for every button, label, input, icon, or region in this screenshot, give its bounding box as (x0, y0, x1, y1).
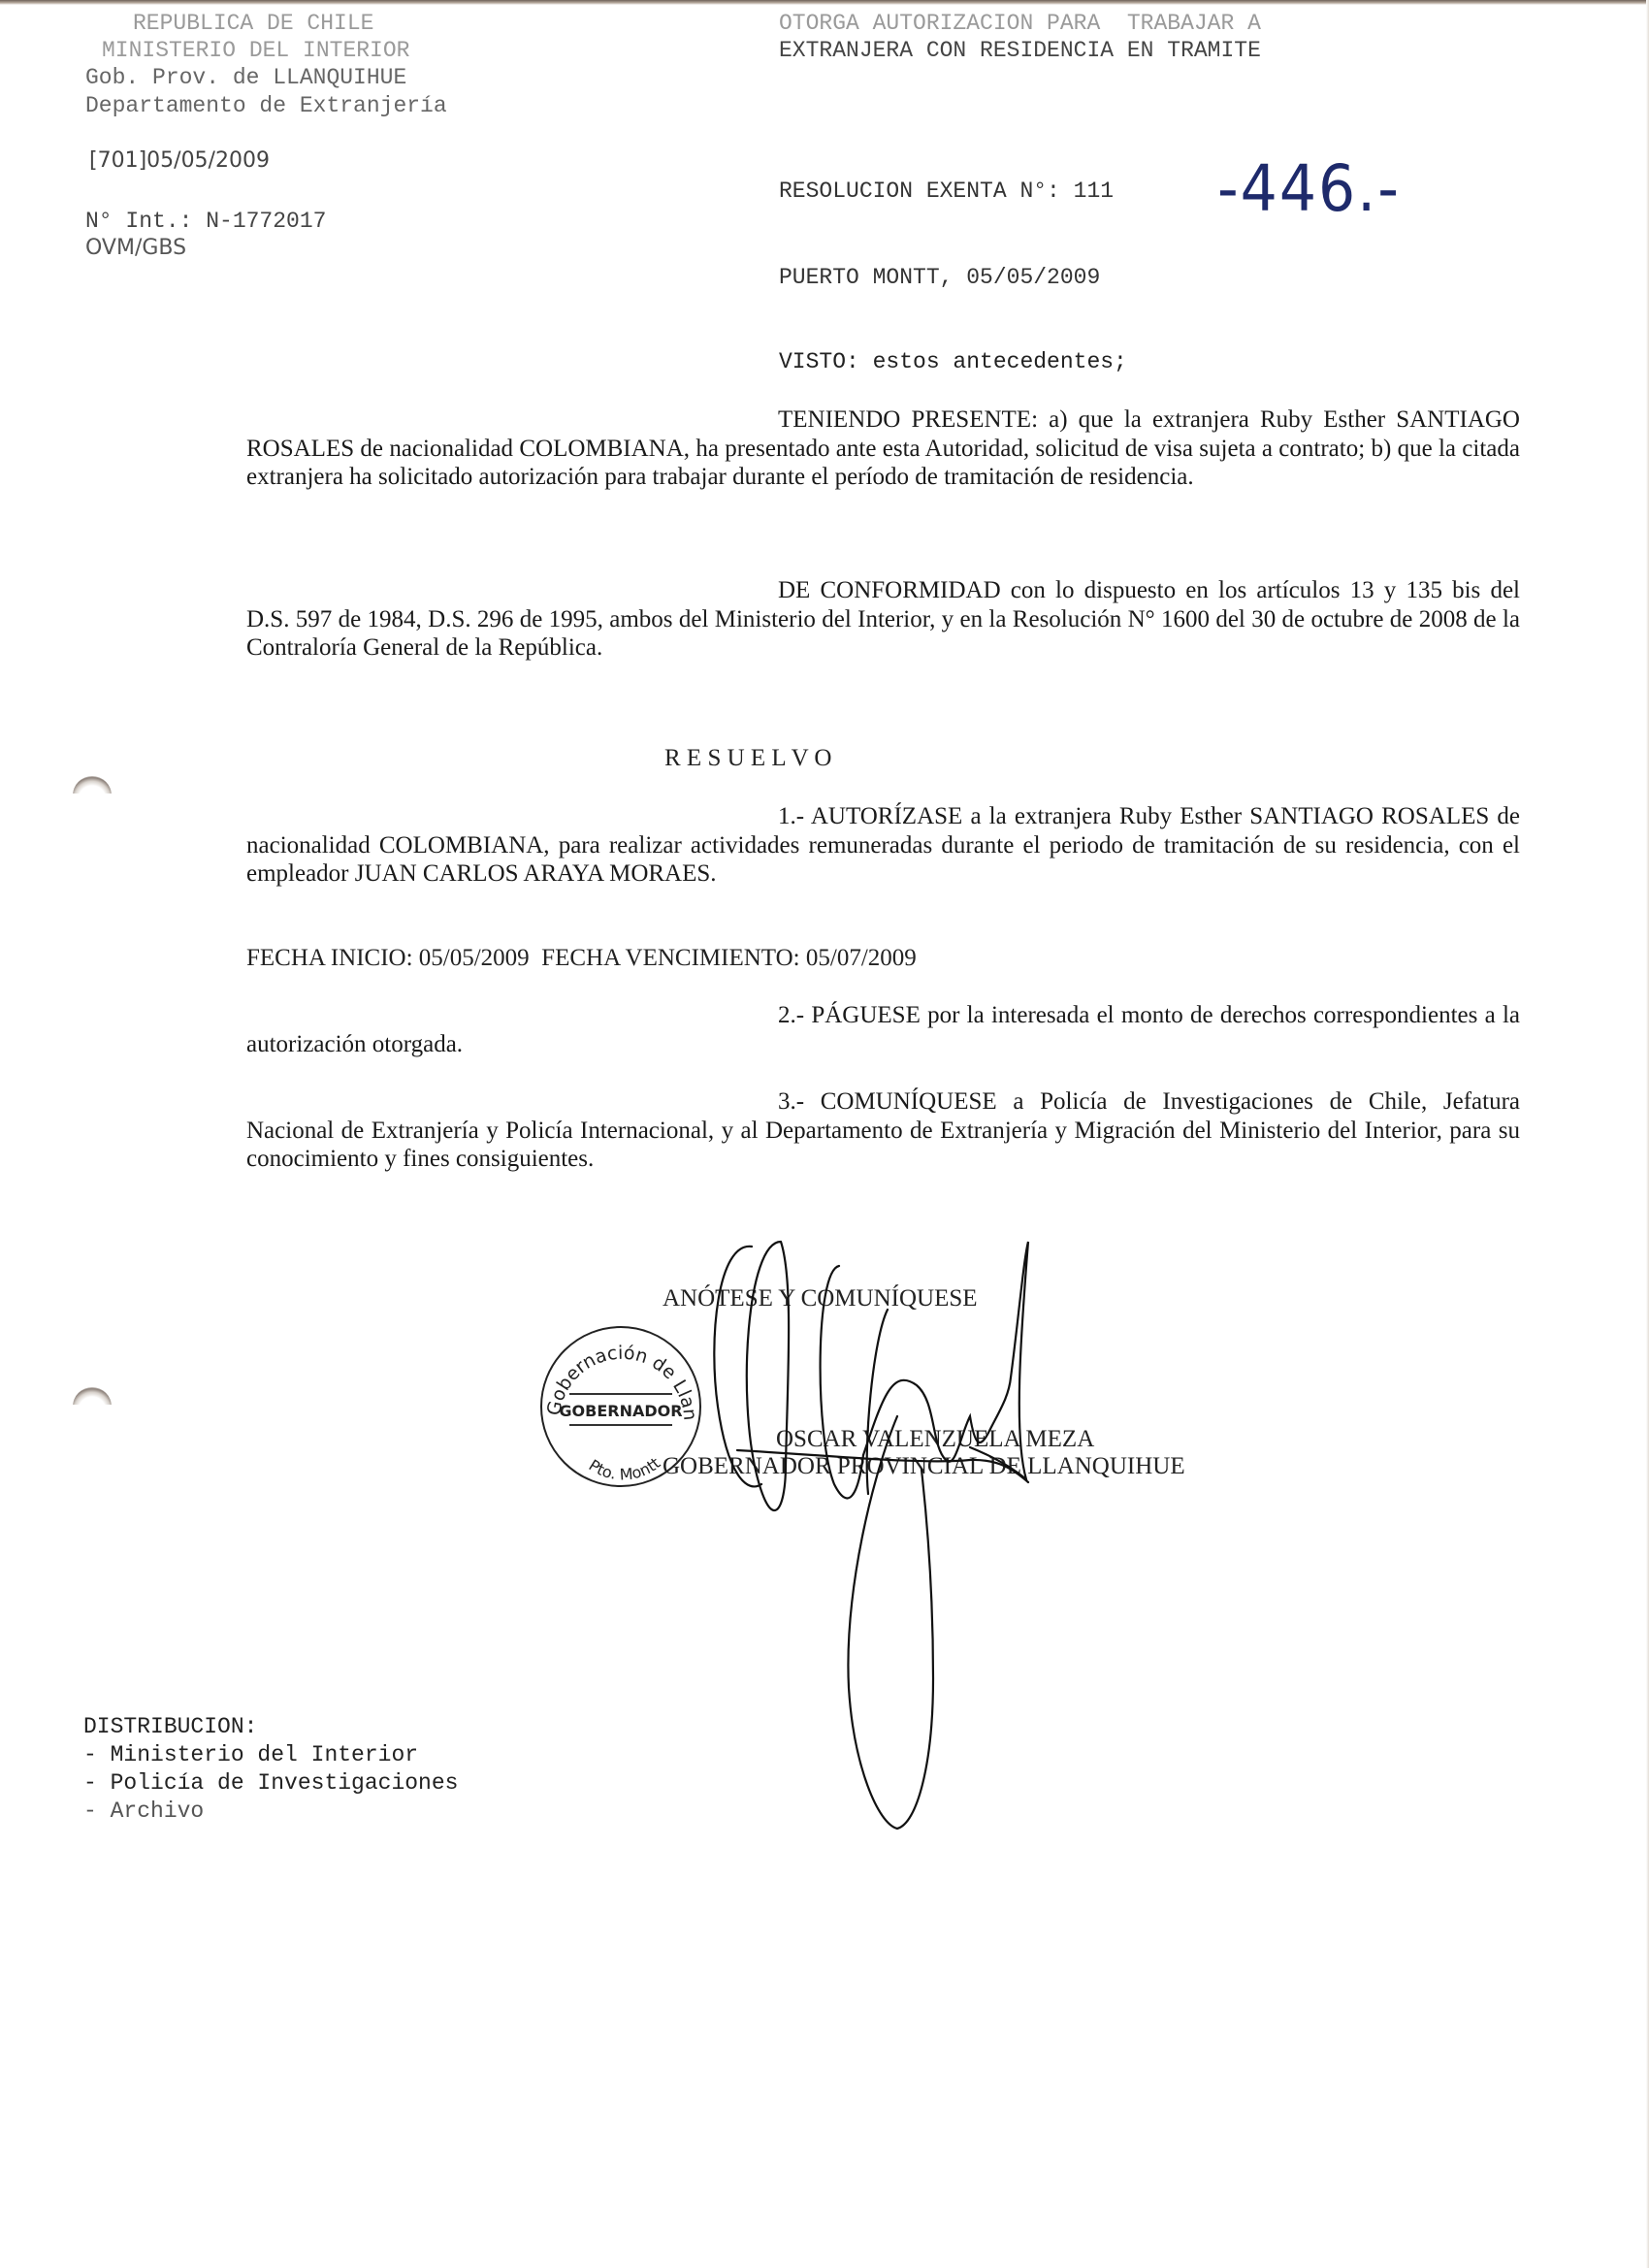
hole-punch-mark (73, 1387, 112, 1426)
header-internal-number: N° Int.: N-1772017 (85, 208, 326, 236)
resuelvo-heading: R E S U E L V O (664, 745, 831, 772)
resolution-number-handwritten: -446.- (1217, 152, 1401, 227)
item-2-paragraph: 2.- PÁGUESE por la interesada el monto d… (246, 1001, 1520, 1058)
item-3-text: 3.- COMUNÍQUESE a Policía de Investigaci… (246, 1088, 1520, 1172)
conformidad-text: DE CONFORMIDAD con lo dispuesto en los a… (246, 577, 1520, 661)
header-gob-prov: Gob. Prov. de LLANQUIHUE (85, 64, 406, 92)
header-initials: OVM/GBS (85, 236, 186, 260)
place-date: PUERTO MONTT, 05/05/2009 (779, 264, 1100, 292)
distribution-item: - Ministerio del Interior (83, 1741, 418, 1769)
resolution-number-label: RESOLUCION EXENTA N°: 111 (779, 178, 1114, 206)
item-3-paragraph: 3.- COMUNÍQUESE a Policía de Investigaci… (246, 1087, 1520, 1174)
item-2-text: 2.- PÁGUESE por la interesada el monto d… (246, 1002, 1520, 1057)
teniendo-presente-paragraph: TENIENDO PRESENTE: a) que la extranjera … (246, 405, 1520, 492)
distribution-title: DISTRIBUCION: (83, 1713, 257, 1741)
stamp-center-text: GOBERNADOR (559, 1402, 682, 1420)
item-1-paragraph: 1.- AUTORÍZASE a la extranjera Ruby Esth… (246, 802, 1520, 889)
distribution-item: - Policía de Investigaciones (83, 1769, 458, 1798)
visto-line: VISTO: estos antecedentes; (779, 349, 1127, 374)
header-republic: REPUBLICA DE CHILE (133, 10, 373, 38)
subject-line-1: OTORGA AUTORIZACION PARA TRABAJAR A (779, 10, 1261, 38)
header-department: Departamento de Extranjería (85, 92, 447, 120)
header-ministry: MINISTERIO DEL INTERIOR (102, 37, 409, 65)
teniendo-presente-text: TENIENDO PRESENTE: a) que la extranjera … (246, 406, 1520, 490)
scanned-document-page: REPUBLICA DE CHILE MINISTERIO DEL INTERI… (0, 0, 1649, 2268)
scan-top-edge (0, 0, 1649, 5)
item-1-text: 1.- AUTORÍZASE a la extranjera Ruby Esth… (246, 803, 1520, 887)
subject-line-2: EXTRANJERA CON RESIDENCIA EN TRAMITE (779, 37, 1261, 65)
handwritten-signature (679, 1222, 1222, 1843)
hole-punch-mark (73, 776, 112, 815)
header-ref-date: [701]05/05/2009 (89, 148, 270, 173)
dates-line: FECHA INICIO: 05/05/2009 FECHA VENCIMIEN… (246, 945, 917, 972)
conformidad-paragraph: DE CONFORMIDAD con lo dispuesto en los a… (246, 576, 1520, 663)
distribution-item: - Archivo (83, 1798, 204, 1826)
